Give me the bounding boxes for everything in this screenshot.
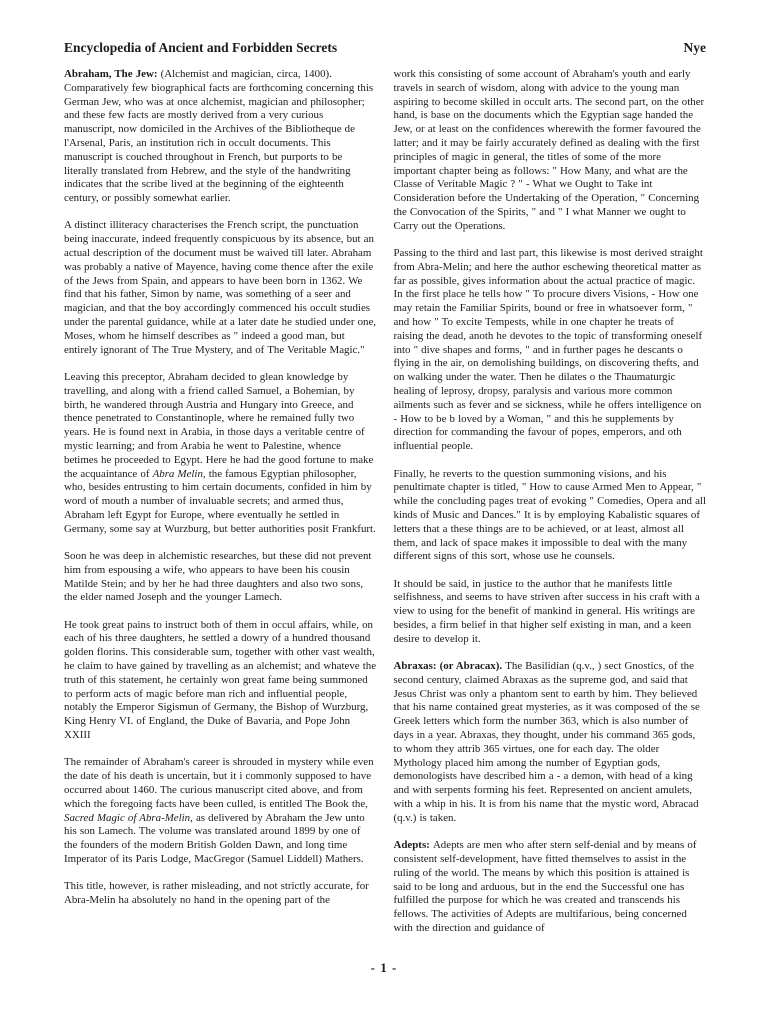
document-page: Encyclopedia of Ancient and Forbidden Se… <box>0 0 768 1024</box>
text-segment: Soon he was deep in alchemistic research… <box>64 550 371 603</box>
paragraph: Leaving this preceptor, Abraham decided … <box>64 371 377 537</box>
paragraph: work this consisting of some account of … <box>394 68 707 234</box>
text-segment: Adepts are men who after stern self-deni… <box>394 839 697 934</box>
text-segment: Adepts: <box>394 839 433 851</box>
text-segment: (Alchemist and magician, circa, 1400). C… <box>64 68 373 204</box>
right-column: work this consisting of some account of … <box>394 68 707 963</box>
paragraph: Adepts: Adepts are men who after stern s… <box>394 839 707 936</box>
document-title: Encyclopedia of Ancient and Forbidden Se… <box>64 40 337 56</box>
text-segment: Abraham, The Jew: <box>64 68 161 80</box>
paragraph: A distinct illiteracy characterises the … <box>64 219 377 357</box>
paragraph: The remainder of Abraham's career is shr… <box>64 756 377 866</box>
text-segment: Abraxas: (or Abracax). <box>394 660 506 672</box>
left-column: Abraham, The Jew: (Alchemist and magicia… <box>64 68 377 963</box>
paragraph: Abraxas: (or Abracax). The Basilidian (q… <box>394 660 707 826</box>
paragraph: He took great pains to instruct both of … <box>64 619 377 743</box>
page-number: - 1 - <box>371 960 398 975</box>
text-segment: The Basilidian (q.v., ) sect Gnostics, o… <box>394 660 700 824</box>
text-segment: This title, however, is rather misleadin… <box>64 880 369 906</box>
paragraph: Soon he was deep in alchemistic research… <box>64 550 377 605</box>
paragraph: Passing to the third and last part, this… <box>394 247 707 454</box>
paragraph: This title, however, is rather misleadin… <box>64 880 377 908</box>
page-footer: - 1 - <box>0 960 768 976</box>
text-segment: Abra Melin <box>153 468 203 480</box>
text-columns: Abraham, The Jew: (Alchemist and magicia… <box>64 68 706 963</box>
paragraph: Abraham, The Jew: (Alchemist and magicia… <box>64 68 377 206</box>
text-segment: A distinct illiteracy characterises the … <box>64 219 376 355</box>
paragraph: It should be said, in justice to the aut… <box>394 578 707 647</box>
text-segment: Finally, he reverts to the question summ… <box>394 468 706 563</box>
text-segment: Sacred Magic of Abra-Melin <box>64 812 190 824</box>
text-segment: work this consisting of some account of … <box>394 68 705 232</box>
author-name: Nye <box>684 40 707 56</box>
text-segment: Leaving this preceptor, Abraham decided … <box>64 371 373 480</box>
text-segment: The remainder of Abraham's career is shr… <box>64 756 374 809</box>
page-header: Encyclopedia of Ancient and Forbidden Se… <box>64 40 706 56</box>
text-segment: Passing to the third and last part, this… <box>394 247 703 452</box>
text-segment: It should be said, in justice to the aut… <box>394 578 700 645</box>
paragraph: Finally, he reverts to the question summ… <box>394 468 707 565</box>
text-segment: He took great pains to instruct both of … <box>64 619 376 741</box>
